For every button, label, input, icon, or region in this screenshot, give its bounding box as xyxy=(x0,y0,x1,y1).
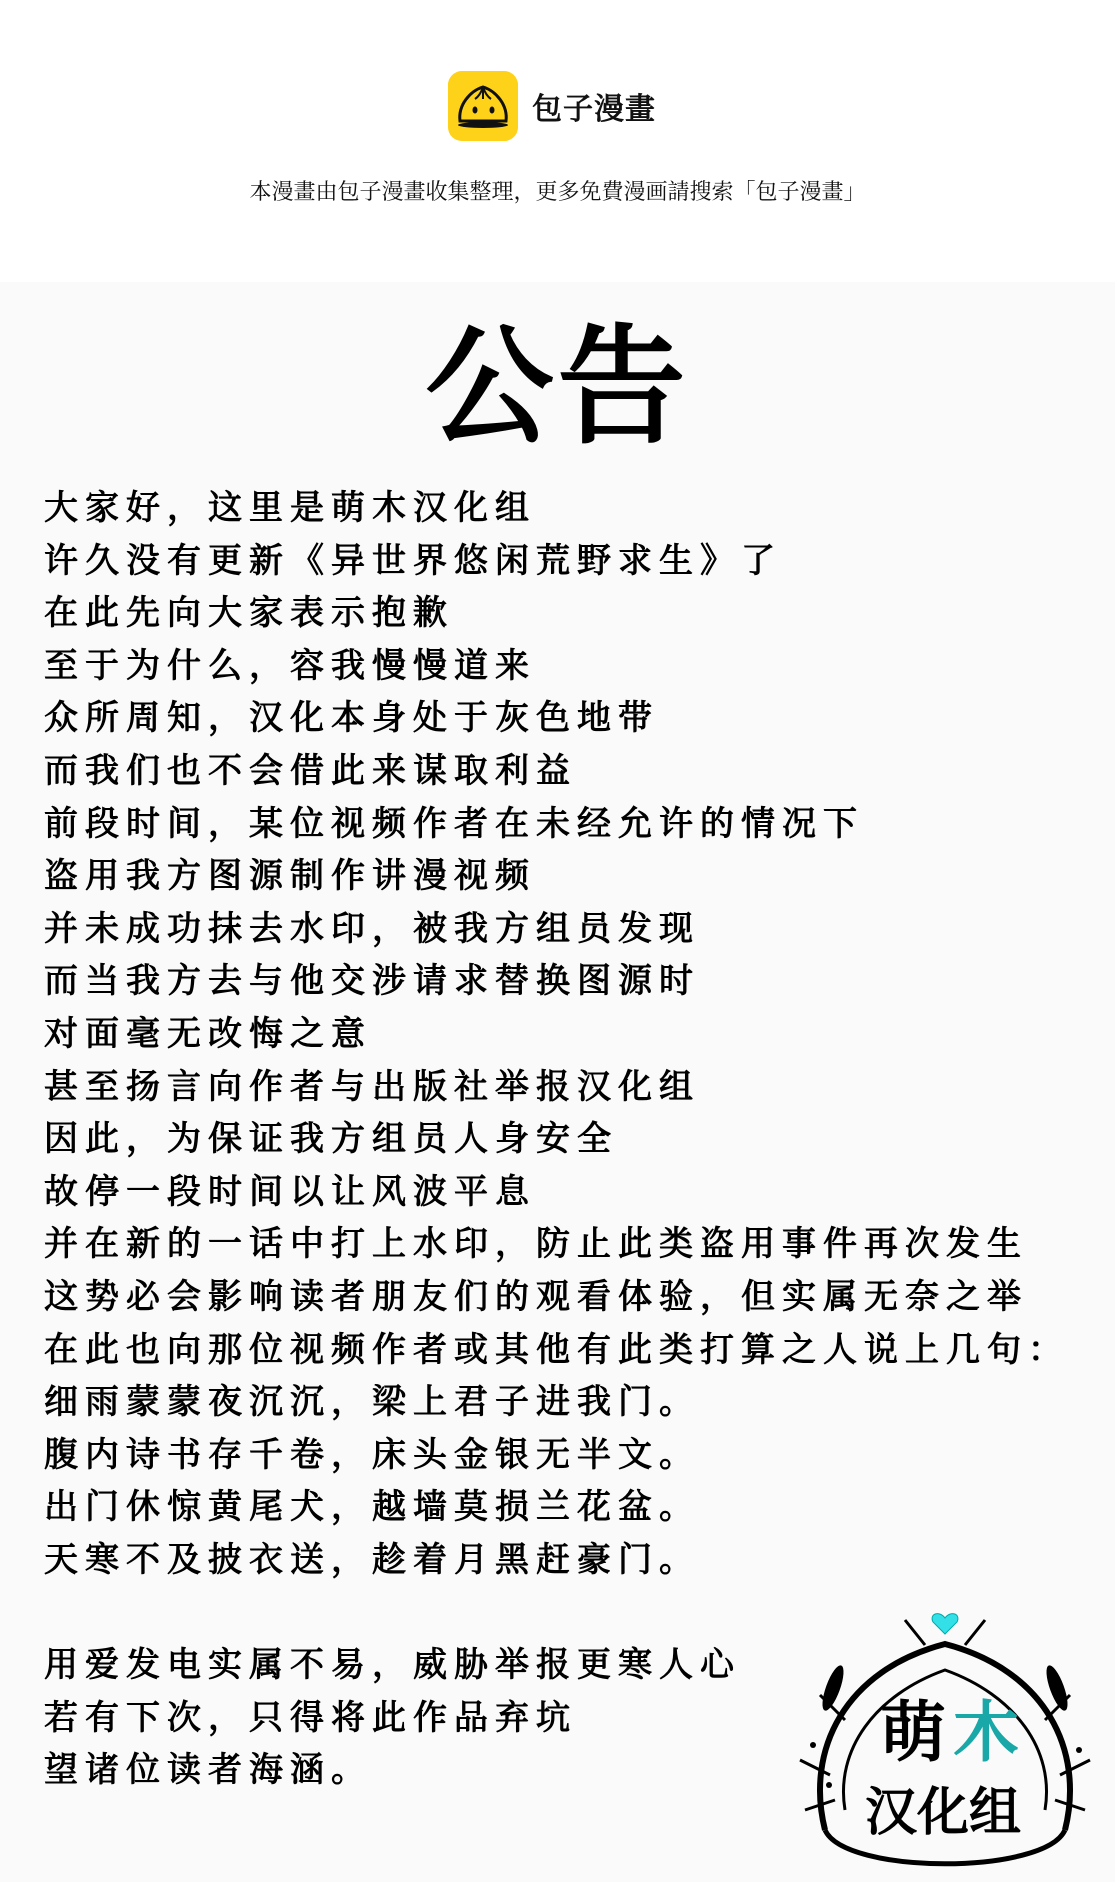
body-line: 盗用我方图源制作讲漫视频 xyxy=(44,850,1104,903)
body-line: 对面毫无改悔之意 xyxy=(44,1008,1104,1061)
poem-line: 出门休惊黄尾犬，越墙莫损兰花盆。 xyxy=(44,1481,1104,1534)
body-line: 众所周知，汉化本身处于灰色地带 xyxy=(44,692,1104,745)
svg-text:木: 木 xyxy=(953,1694,1019,1771)
body-line: 前段时间，某位视频作者在未经允许的情况下 xyxy=(44,798,1104,851)
body-line: 故停一段时间以让风波平息 xyxy=(44,1166,1104,1219)
wreath-logo-icon: 萌 木 汉化组 xyxy=(785,1600,1105,1880)
brand[interactable]: 包子漫畫 xyxy=(448,70,656,142)
announcement-page: 公告 大家好，这里是萌木汉化组 许久没有更新《异世界悠闲荒野求生》了 在此先向大… xyxy=(0,282,1115,1882)
poem-line: 天寒不及披衣送，趁着月黑赶豪门。 xyxy=(44,1534,1104,1587)
body-line: 因此，为保证我方组员人身安全 xyxy=(44,1113,1104,1166)
body-line: 并未成功抹去水印，被我方组员发现 xyxy=(44,903,1104,956)
body-line: 在此先向大家表示抱歉 xyxy=(44,587,1104,640)
site-header: 包子漫畫 本漫畫由包子漫畫收集整理，更多免費漫画請搜索「包子漫畫」 xyxy=(0,0,1115,282)
steamed-bun-icon xyxy=(448,71,518,141)
body-line: 许久没有更新《异世界悠闲荒野求生》了 xyxy=(44,535,1104,588)
body-line: 甚至扬言向作者与出版社举报汉化组 xyxy=(44,1061,1104,1114)
svg-text:萌: 萌 xyxy=(880,1694,946,1771)
body-line: 至于为什么，容我慢慢道来 xyxy=(44,640,1104,693)
body-line: 这势必会影响读者朋友们的观看体验，但实属无奈之举 xyxy=(44,1271,1104,1324)
scanlation-group-emblem: 萌 木 汉化组 xyxy=(785,1600,1105,1880)
body-line: 在此也向那位视频作者或其他有此类打算之人说上几句： xyxy=(44,1324,1104,1377)
svg-text:汉化组: 汉化组 xyxy=(865,1783,1021,1843)
brand-name: 包子漫畫 xyxy=(532,84,656,128)
poem-line: 细雨蒙蒙夜沉沉，梁上君子进我门。 xyxy=(44,1376,1104,1429)
body-line: 并在新的一话中打上水印，防止此类盗用事件再次发生 xyxy=(44,1218,1104,1271)
body-line: 而当我方去与他交涉请求替换图源时 xyxy=(44,955,1104,1008)
body-line: 而我们也不会借此来谋取利益 xyxy=(44,745,1104,798)
body-line: 大家好，这里是萌木汉化组 xyxy=(44,482,1104,535)
source-notice: 本漫畫由包子漫畫收集整理，更多免費漫画請搜索「包子漫畫」 xyxy=(0,175,1115,206)
poem-line: 腹内诗书存千卷，床头金银无半文。 xyxy=(44,1429,1104,1482)
announcement-title: 公告 xyxy=(0,312,1115,462)
